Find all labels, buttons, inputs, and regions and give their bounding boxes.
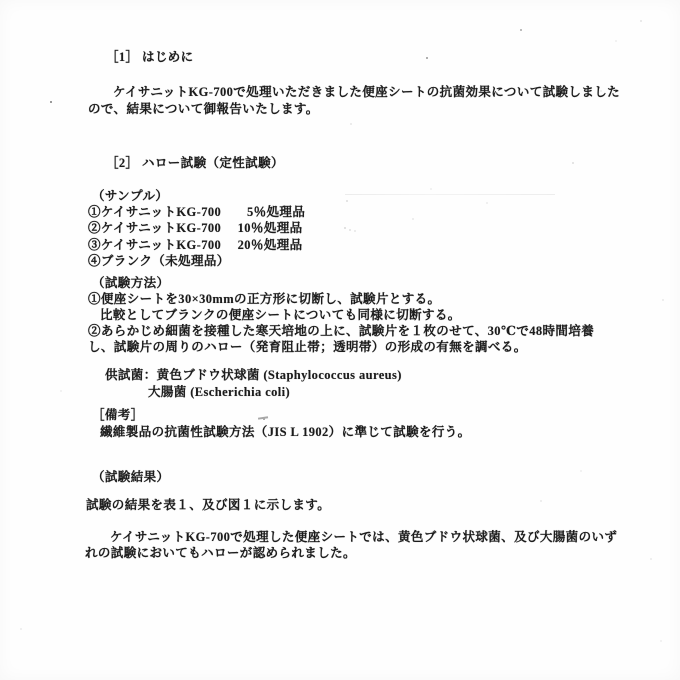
- method-line-1: ①便座シートを30×30mmの正方形に切断し、試験片とする。: [88, 292, 440, 307]
- intro-paragraph-line-1: ケイサニットKG-700で処理いただきました便座シートの抗菌効果について試験しま…: [113, 85, 620, 100]
- scan-streak-artifact: [345, 194, 555, 195]
- scan-dash-artifact: [258, 416, 268, 419]
- section-2-heading: ［2］ ハロー試験（定性試験）: [106, 156, 284, 171]
- test-bacteria-line-2: 大腸菌 (Escherichia coli): [148, 385, 290, 400]
- sample-item-2: ②ケイサニットKG-700 10％処理品: [88, 221, 303, 236]
- sample-item-1: ①ケイサニットKG-700 5％処理品: [88, 205, 305, 220]
- method-line-2: 比較としてブランクの便座シートについても同様に切断する。: [100, 308, 461, 323]
- method-line-3: ②あらかじめ細菌を接種した寒天培地の上に、試験片を１枚のせて、30℃で48時間培…: [88, 324, 594, 339]
- sample-item-3: ③ケイサニットKG-700 20％処理品: [88, 238, 303, 253]
- scanned-report-page: ［1］ はじめに ケイサニットKG-700で処理いただきました便座シートの抗菌効…: [0, 0, 680, 680]
- results-line-2: ケイサニットKG-700で処理した便座シートでは、黄色ブドウ状球菌、及び大腸菌の…: [110, 530, 617, 545]
- note-label: ［備考］: [92, 408, 144, 423]
- results-line-1: 試験の結果を表１、及び図１に示します。: [86, 498, 330, 513]
- method-line-4: し、試験片の周りのハロー（発育阻止帯；透明帯）の形成の有無を調べる。: [88, 340, 527, 355]
- section-1-heading: ［1］ はじめに: [106, 50, 194, 65]
- results-line-3: れの試験においてもハローが認められました。: [85, 546, 356, 561]
- test-bacteria-line-1: 供試菌：黄色ブドウ状球菌 (Staphylococcus aureus): [105, 368, 402, 383]
- method-label: （試験方法）: [92, 276, 169, 291]
- scan-noise-specks: [0, 0, 2, 2]
- results-label: （試験結果）: [92, 470, 169, 485]
- note-line-1: 繊維製品の抗菌性試験方法（JIS L 1902）に準じて試験を行う。: [100, 425, 471, 440]
- intro-paragraph-line-2: ので、結果について御報告いたします。: [88, 102, 319, 117]
- samples-label: （サンプル）: [92, 189, 168, 204]
- sample-item-4: ④ブランク（未処理品）: [88, 254, 230, 269]
